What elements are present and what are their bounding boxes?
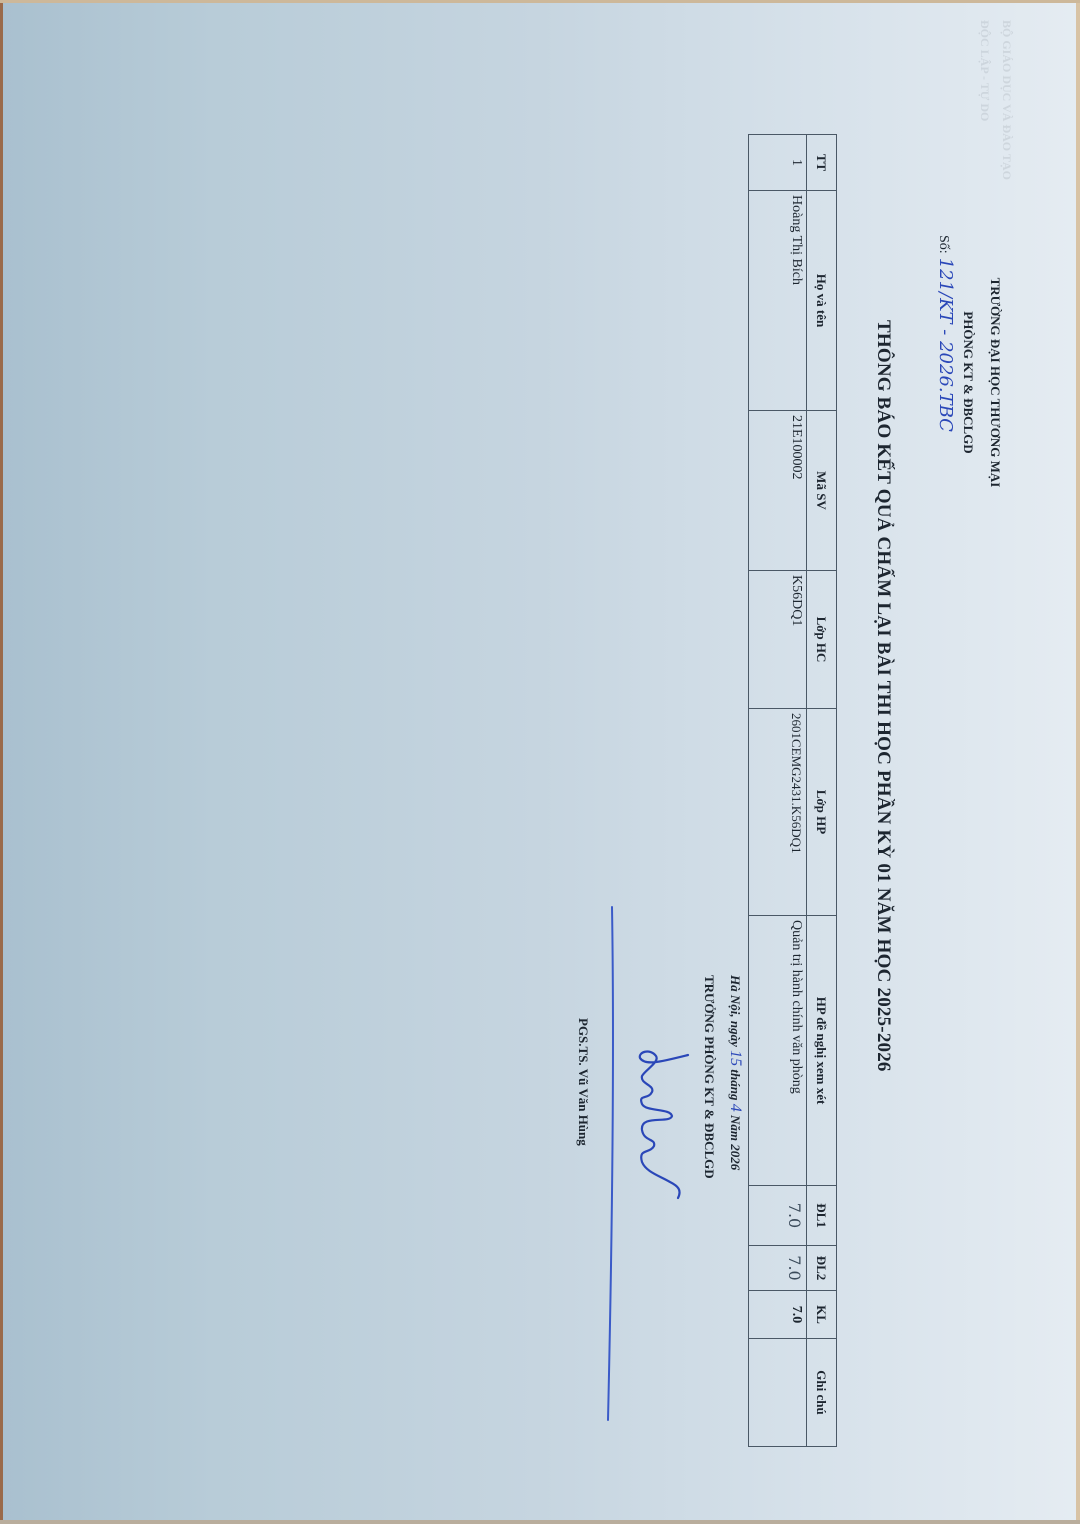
document-title: THÔNG BÁO KẾT QUẢ CHẤM LẠI BÀI THI HỌC P… [872,320,894,1072]
date-line: Hà Nội, ngày 15 tháng 4 Năm 2026 [726,975,744,1170]
column-header: ĐL2 [807,1246,837,1291]
year-label: Năm 2026 [728,1115,743,1170]
cell-course-class: 2601CEMG2431.K56DQ1 [749,709,807,916]
document-page: BỘ GIÁO DỤC VÀ ĐÀO TẠO ĐỘC LẬP - TỰ DO T… [0,0,1080,1524]
signature-icon [580,880,700,1480]
institution-name: TRƯỜNG ĐẠI HỌC THƯƠNG MẠI [987,190,1003,575]
date-month: 4 [727,1104,744,1112]
column-header: KL [807,1291,837,1339]
column-header: Lớp HC [807,571,837,709]
cell-name: Hoàng Thị Bích [749,191,807,411]
number-handwritten: 121/KT - 2026.TBC [935,258,956,432]
cell-note [749,1339,807,1447]
department-name: PHÒNG KT & ĐBCLGD [960,265,976,500]
table-header-row: TT Họ và tên Mã SV Lớp HC Lớp HP HP đề n… [807,135,837,1447]
column-header: Họ và tên [807,191,837,411]
column-header: TT [807,135,837,191]
cell-kl: 7.0 [749,1291,807,1339]
cell-student-id: 21E100002 [749,411,807,571]
show-through-text-2: ĐỘC LẬP - TỰ DO [977,20,992,121]
column-header: ĐL1 [807,1186,837,1246]
signer-name: PGS.TS. Vũ Văn Hùng [575,1018,591,1146]
cell-dl2: 7.0 [749,1246,807,1291]
cell-dl1: 7.0 [749,1186,807,1246]
cell-course: Quản trị hành chính văn phòng [749,916,807,1186]
column-header: HP đề nghị xem xét [807,916,837,1186]
column-header: Ghi chú [807,1339,837,1447]
signer-position: TRƯỞNG PHÒNG KT & ĐBCLGD [701,975,717,1179]
document-number: Số: 121/KT - 2026.TBC [935,235,956,432]
number-label: Số: [936,235,951,254]
column-header: Lớp HP [807,709,837,916]
results-table: TT Họ và tên Mã SV Lớp HC Lớp HP HP đề n… [748,134,837,1447]
date-prefix: Hà Nội, ngày [728,975,743,1047]
column-header: Mã SV [807,411,837,571]
cell-tt: 1 [749,135,807,191]
cell-admin-class: K56DQ1 [749,571,807,709]
show-through-text-1: BỘ GIÁO DỤC VÀ ĐÀO TẠO [999,20,1014,180]
table-row: 1 Hoàng Thị Bích 21E100002 K56DQ1 2601CE… [749,135,807,1447]
month-label: tháng [728,1069,743,1100]
date-day: 15 [727,1050,744,1066]
